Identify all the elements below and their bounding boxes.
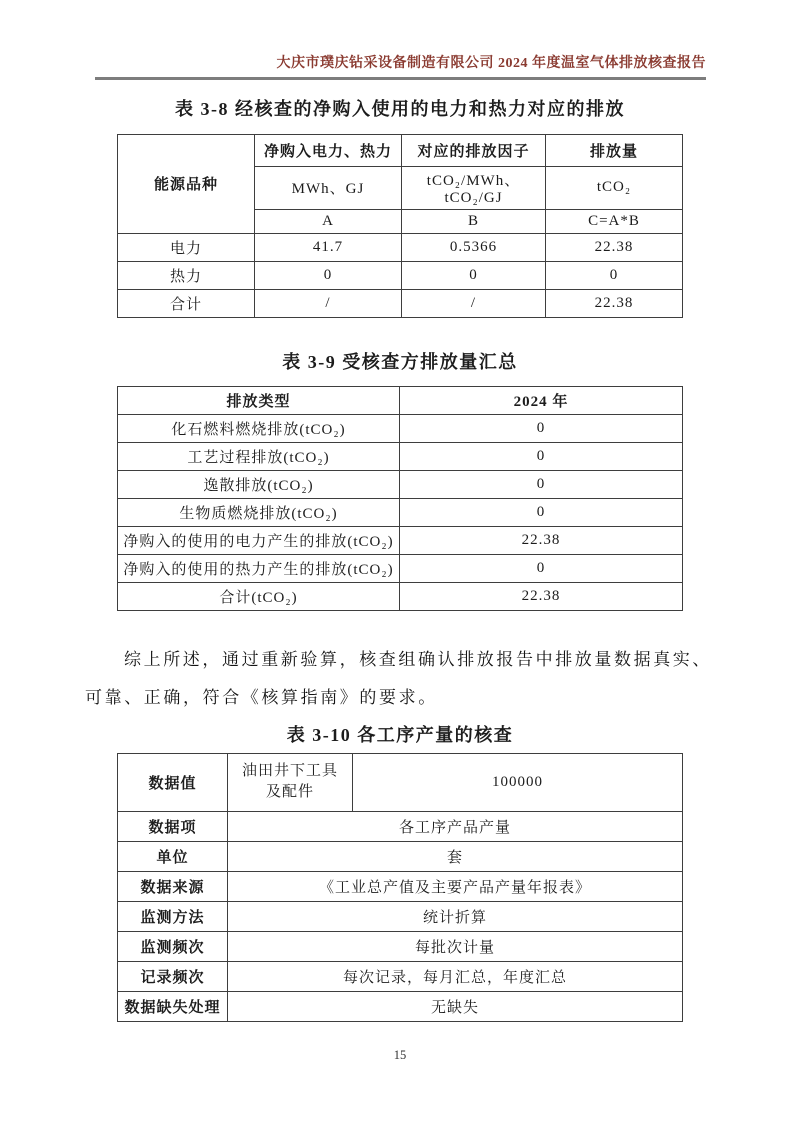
- table-row-heat: 热力 0 0 0: [118, 261, 683, 289]
- table-row-data-source: 数据来源 《工业总产值及主要产品产量年报表》: [118, 871, 683, 901]
- row-label: 净购入的使用的电力产生的排放(tCO₂): [118, 526, 400, 554]
- table-row-missing-data-handling: 数据缺失处理 无缺失: [118, 991, 683, 1021]
- table-3-10-title: 表 3-10 各工序产量的核查: [0, 723, 800, 747]
- conclusion-paragraph: 综上所述，通过重新验算，核查组确认排放报告中排放量数据真实、可靠、正确，符合《核…: [85, 641, 712, 717]
- table-row-record-frequency: 记录频次 每次记录，每月汇总，年度汇总: [118, 961, 683, 991]
- row-label: 数据值: [118, 753, 228, 811]
- row-label: 监测方法: [118, 901, 228, 931]
- table-3-8-title: 表 3-8 经核查的净购入使用的电力和热力对应的排放: [0, 97, 800, 121]
- row-label: 记录频次: [118, 961, 228, 991]
- row-value: 0: [400, 414, 683, 442]
- table-3-10: 数据值 油田井下工具 及配件 100000 数据项 各工序产品产量 单位 套 数…: [117, 753, 683, 1022]
- value-a: /: [255, 289, 402, 317]
- row-label: 电力: [118, 233, 255, 261]
- row-value: 22.38: [400, 582, 683, 610]
- value-a: 41.7: [255, 233, 402, 261]
- table-3-8-header-row-1: 能源品种 净购入电力、热力 对应的排放因子 排放量: [118, 134, 683, 166]
- table-row-fossil-fuel: 化石燃料燃烧排放(tCO₂) 0: [118, 414, 683, 442]
- row-label: 数据项: [118, 811, 228, 841]
- symbol-cell-a: A: [255, 209, 402, 233]
- value-b: 0: [402, 261, 546, 289]
- value-c: 22.38: [546, 233, 683, 261]
- row-value: 22.38: [400, 526, 683, 554]
- value-a: 0: [255, 261, 402, 289]
- table-row-electricity: 电力 41.7 0.5366 22.38: [118, 233, 683, 261]
- unit-cell-mwh-gj: MWh、GJ: [255, 166, 402, 209]
- row-value: 每批次计量: [228, 931, 683, 961]
- row-label: 化石燃料燃烧排放(tCO₂): [118, 414, 400, 442]
- row-label: 净购入的使用的热力产生的排放(tCO₂): [118, 554, 400, 582]
- header-cell-energy-type: 能源品种: [118, 134, 255, 233]
- table-row-total: 合计(tCO₂) 22.38: [118, 582, 683, 610]
- value-b: /: [402, 289, 546, 317]
- row-value: 套: [228, 841, 683, 871]
- page-number: 15: [0, 1048, 800, 1063]
- table-row-purchased-heat: 净购入的使用的热力产生的排放(tCO₂) 0: [118, 554, 683, 582]
- product-quantity-cell: 100000: [353, 753, 683, 811]
- row-label: 数据缺失处理: [118, 991, 228, 1021]
- unit-cell-tco2-per-mwh-gj: tCO₂/MWh、tCO₂/GJ: [402, 166, 546, 209]
- table-row-data-item: 数据项 各工序产品产量: [118, 811, 683, 841]
- table-row-monitoring-frequency: 监测频次 每批次计量: [118, 931, 683, 961]
- row-value: 0: [400, 498, 683, 526]
- table-row-monitoring-method: 监测方法 统计折算: [118, 901, 683, 931]
- table-3-8: 能源品种 净购入电力、热力 对应的排放因子 排放量 MWh、GJ tCO₂/MW…: [117, 134, 683, 318]
- value-c: 0: [546, 261, 683, 289]
- product-name-cell: 油田井下工具 及配件: [228, 753, 353, 811]
- table-3-9: 排放类型 2024 年 化石燃料燃烧排放(tCO₂) 0 工艺过程排放(tCO₂…: [117, 386, 683, 611]
- row-label: 合计: [118, 289, 255, 317]
- table-row-unit: 单位 套: [118, 841, 683, 871]
- row-value: 每次记录，每月汇总，年度汇总: [228, 961, 683, 991]
- row-value: 统计折算: [228, 901, 683, 931]
- row-label: 监测频次: [118, 931, 228, 961]
- table-row-process-emission: 工艺过程排放(tCO₂) 0: [118, 442, 683, 470]
- row-label: 单位: [118, 841, 228, 871]
- symbol-cell-c: C=A*B: [546, 209, 683, 233]
- row-value: 《工业总产值及主要产品产量年报表》: [228, 871, 683, 901]
- header-cell-emission-amount: 排放量: [546, 134, 683, 166]
- row-label: 热力: [118, 261, 255, 289]
- table-row-biomass: 生物质燃烧排放(tCO₂) 0: [118, 498, 683, 526]
- table-row-total: 合计 / / 22.38: [118, 289, 683, 317]
- header-cell-emission-type: 排放类型: [118, 386, 400, 414]
- row-label: 合计(tCO₂): [118, 582, 400, 610]
- value-c: 22.38: [546, 289, 683, 317]
- row-value: 无缺失: [228, 991, 683, 1021]
- document-page: 大庆市璞庆钻采设备制造有限公司 2024 年度温室气体排放核查报告 表 3-8 …: [0, 0, 800, 1132]
- row-label: 逸散排放(tCO₂): [118, 470, 400, 498]
- header-rule: [95, 77, 706, 80]
- value-b: 0.5366: [402, 233, 546, 261]
- row-label: 数据来源: [118, 871, 228, 901]
- table-3-9-title: 表 3-9 受核查方排放量汇总: [0, 350, 800, 374]
- header-cell-emission-factor: 对应的排放因子: [402, 134, 546, 166]
- row-value: 0: [400, 470, 683, 498]
- header-cell-purchased-energy: 净购入电力、热力: [255, 134, 402, 166]
- document-header: 大庆市璞庆钻采设备制造有限公司 2024 年度温室气体排放核查报告: [0, 0, 800, 80]
- row-label: 生物质燃烧排放(tCO₂): [118, 498, 400, 526]
- table-row-purchased-electricity: 净购入的使用的电力产生的排放(tCO₂) 22.38: [118, 526, 683, 554]
- row-label: 工艺过程排放(tCO₂): [118, 442, 400, 470]
- row-value: 0: [400, 442, 683, 470]
- header-cell-year: 2024 年: [400, 386, 683, 414]
- unit-cell-tco2: tCO₂: [546, 166, 683, 209]
- symbol-cell-b: B: [402, 209, 546, 233]
- row-value: 0: [400, 554, 683, 582]
- table-3-9-header-row: 排放类型 2024 年: [118, 386, 683, 414]
- table-row-fugitive-emission: 逸散排放(tCO₂) 0: [118, 470, 683, 498]
- row-value: 各工序产品产量: [228, 811, 683, 841]
- header-title: 大庆市璞庆钻采设备制造有限公司 2024 年度温室气体排放核查报告: [0, 0, 706, 73]
- table-row-data-value: 数据值 油田井下工具 及配件 100000: [118, 753, 683, 811]
